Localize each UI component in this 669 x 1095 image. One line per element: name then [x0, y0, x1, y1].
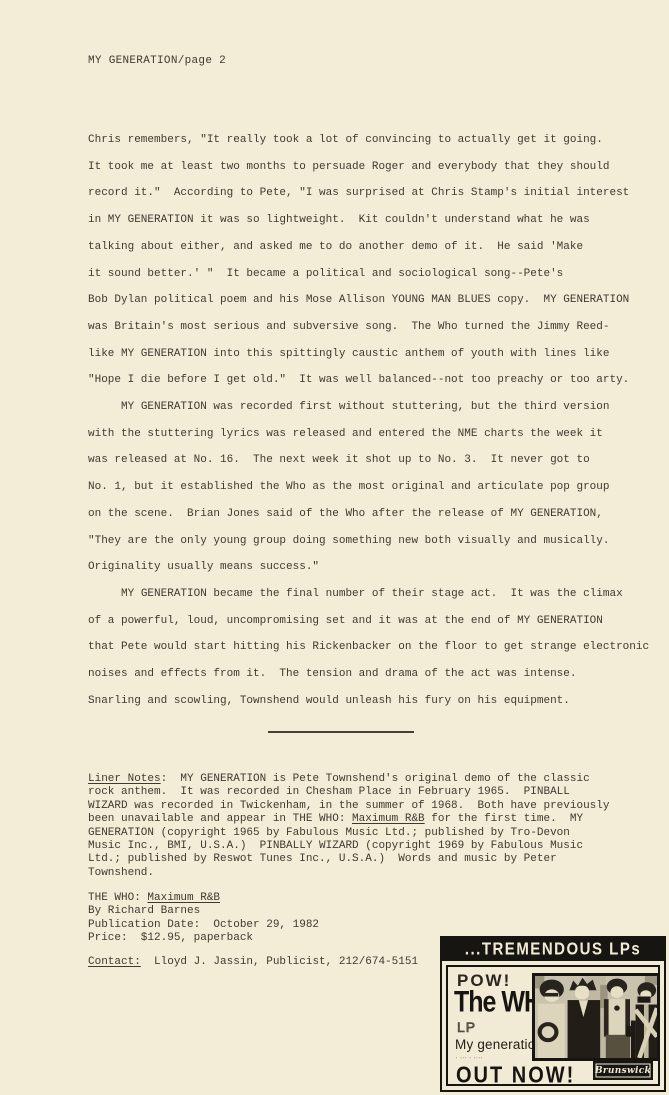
- liner-notes-book-title: Maximum R&B: [352, 813, 425, 825]
- ad-out-now-text: OUT NOW!: [456, 1063, 575, 1089]
- band-photo: [532, 973, 660, 1061]
- page-header: MY GENERATION/page 2: [88, 55, 226, 67]
- section-divider: [268, 731, 414, 733]
- book-details: By Richard Barnes Publication Date: Octo…: [88, 905, 319, 944]
- ad-album-title: My generation: [455, 1037, 543, 1052]
- paragraph-2: MY GENERATION was recorded first without…: [88, 394, 669, 581]
- document-page: MY GENERATION/page 2 Chris remembers, "I…: [0, 0, 669, 1095]
- ad-catalog-small-print: · ··· · ····: [456, 1055, 483, 1060]
- brunswick-logo: Brunswick: [593, 1061, 653, 1080]
- brunswick-logo-text: Brunswick: [595, 1066, 651, 1076]
- liner-notes-label: Liner Notes: [88, 773, 161, 785]
- book-title-prefix: THE WHO:: [88, 892, 147, 904]
- contact-label: Contact:: [88, 956, 141, 968]
- ad-lp-text: LP: [457, 1019, 476, 1035]
- ad-banner: ...TREMENDOUS LPs: [442, 938, 664, 961]
- paragraph-1: Chris remembers, "It really took a lot o…: [88, 127, 669, 394]
- ad-banner-text: ...TREMENDOUS LPs: [465, 940, 641, 960]
- band-photo-illustration: [535, 976, 657, 1058]
- contact-details: Lloyd J. Jassin, Publicist, 212/674-5151: [141, 956, 418, 968]
- paragraph-3: MY GENERATION became the final number of…: [88, 581, 669, 715]
- record-ad: ...TREMENDOUS LPs POW! The WHO LP My gen…: [440, 936, 666, 1092]
- book-title: Maximum R&B: [147, 892, 220, 904]
- ad-content-box: POW! The WHO LP My generation · ··· · ··…: [446, 965, 660, 1086]
- liner-notes: Liner Notes: MY GENERATION is Pete Towns…: [88, 773, 669, 880]
- body-text: Chris remembers, "It really took a lot o…: [88, 127, 669, 714]
